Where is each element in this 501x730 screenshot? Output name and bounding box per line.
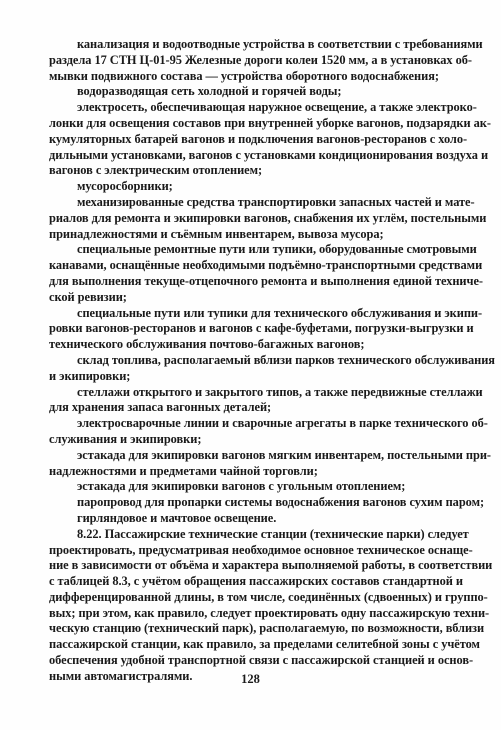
text-line: дильными установками, вагонов с установк… (49, 148, 453, 164)
text-line: мусоросборники; (49, 179, 453, 195)
text-line: принадлежностями и съёмным инвентарем, в… (49, 227, 453, 243)
text-line: канализация и водоотводные устройства в … (49, 37, 453, 53)
text-line: с таблицей 8.3, с учётом обращения пасса… (49, 574, 453, 590)
text-line: для хранения запаса вагонных деталей; (49, 400, 453, 416)
text-line: пассажирской станции, как правило, за пр… (49, 637, 453, 653)
text-line: канавами, оснащённые необходимыми подъём… (49, 258, 453, 274)
paragraph: водоразводящая сеть холодной и горячей в… (49, 84, 453, 100)
text-line: риалов для ремонта и экипировки вагонов,… (49, 211, 453, 227)
paragraph: электросварочные линии и сварочные агрег… (49, 416, 453, 448)
text-line: ние в зависимости от объёма и характера … (49, 558, 453, 574)
text-line: надлежностями и предметами чайной торгов… (49, 464, 453, 480)
text-line: эстакада для экипировки вагонов с угольн… (49, 479, 453, 495)
paragraph: 8.22. Пассажирские технические станции (… (49, 527, 453, 685)
paragraph: склад топлива, располагаемый вблизи парк… (49, 353, 453, 385)
text-line: ческую станцию (технический парк), распо… (49, 621, 453, 637)
text-line: и экипировки; (49, 369, 453, 385)
text-line: стеллажи открытого и закрытого типов, а … (49, 385, 453, 401)
text-line: ской ревизии; (49, 290, 453, 306)
paragraph: канализация и водоотводные устройства в … (49, 37, 453, 84)
paragraph: специальные пути или тупики для техничес… (49, 306, 453, 353)
body-text: канализация и водоотводные устройства в … (49, 37, 453, 685)
text-line: 8.22. Пассажирские технические станции (… (49, 527, 453, 543)
text-line: водоразводящая сеть холодной и горячей в… (49, 84, 453, 100)
text-line: технического обслуживания почтово-багажн… (49, 337, 453, 353)
text-line: служивания и экипировки; (49, 432, 453, 448)
text-line: склад топлива, располагаемый вблизи парк… (49, 353, 453, 369)
text-line: вых; при этом, как правило, следует прое… (49, 606, 453, 622)
page-number: 128 (0, 672, 501, 687)
paragraph: специальные ремонтные пути или тупики, о… (49, 242, 453, 305)
text-line: лонки для освещения составов при внутрен… (49, 116, 453, 132)
text-line: гирляндовое и мачтовое освещение. (49, 511, 453, 527)
document-page: канализация и водоотводные устройства в … (0, 0, 501, 730)
text-line: для выполнения текуще-отцепочного ремонт… (49, 274, 453, 290)
paragraph: электросеть, обеспечивающая наружное осв… (49, 100, 453, 179)
text-line: мывки подвижного состава — устройства об… (49, 69, 453, 85)
text-line: дифференцированной длины, в том числе, с… (49, 590, 453, 606)
paragraph: эстакада для экипировки вагонов мягким и… (49, 448, 453, 480)
paragraph: стеллажи открытого и закрытого типов, а … (49, 385, 453, 417)
paragraph: эстакада для экипировки вагонов с угольн… (49, 479, 453, 495)
text-line: электросеть, обеспечивающая наружное осв… (49, 100, 453, 116)
text-line: вагонов с электрическим отоплением; (49, 163, 453, 179)
text-line: раздела 17 СТН Ц-01-95 Железные дороги к… (49, 53, 453, 69)
text-line: обеспечения удобной транспортной связи с… (49, 653, 453, 669)
text-line: эстакада для экипировки вагонов мягким и… (49, 448, 453, 464)
text-line: электросварочные линии и сварочные агрег… (49, 416, 453, 432)
text-line: ровки вагонов-ресторанов и вагонов с каф… (49, 321, 453, 337)
text-line: кумуляторных батарей вагонов и подключен… (49, 132, 453, 148)
text-line: механизированные средства транспортировк… (49, 195, 453, 211)
paragraph: механизированные средства транспортировк… (49, 195, 453, 242)
text-line: проектировать, предусматривая необходимо… (49, 543, 453, 559)
paragraph: гирляндовое и мачтовое освещение. (49, 511, 453, 527)
text-line: специальные ремонтные пути или тупики, о… (49, 242, 453, 258)
text-line: паропровод для пропарки системы водоснаб… (49, 495, 453, 511)
paragraph: мусоросборники; (49, 179, 453, 195)
text-line: специальные пути или тупики для техничес… (49, 306, 453, 322)
paragraph: паропровод для пропарки системы водоснаб… (49, 495, 453, 511)
